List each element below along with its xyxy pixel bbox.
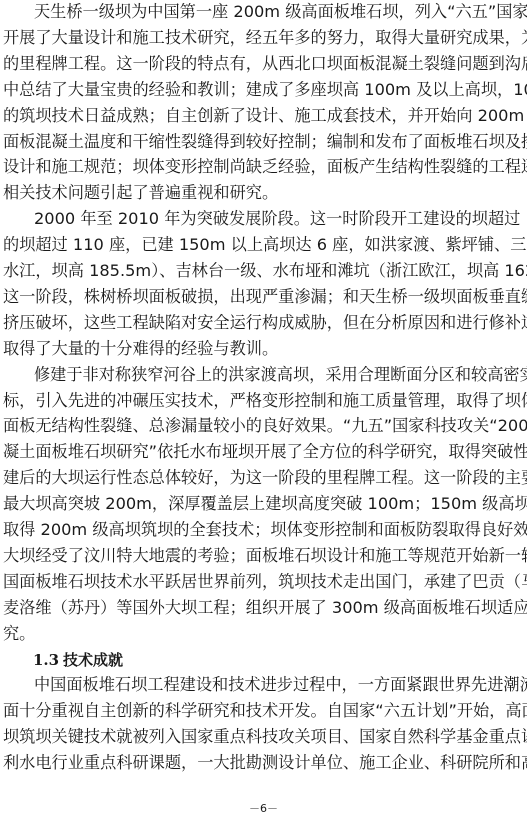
text-line: 取得 200m 级高坝筑坝的全套技术；坝体变形控制和面板防裂取得良好效果；紫坪铺 bbox=[3, 518, 524, 542]
section-number: 1.3 bbox=[33, 648, 63, 672]
text-line: 国面板堆石坝技术水平跃居世界前列，筑坝技术走出国门，承建了巴贡（马来西亚）、 bbox=[3, 570, 524, 594]
section-title: 技术成就 bbox=[63, 651, 123, 669]
text-line: 中国面板堆石坝工程建设和技术进步过程中，一方面紧跟世界先进潮流，另一方 bbox=[34, 673, 524, 697]
text-line: 开展了大量设计和施工技术研究，经五年多的努力，取得大量研究成果，为这一阶段 bbox=[3, 26, 524, 50]
text-line: 这一阶段，株树桥坝面板破损，出现严重渗漏；和天生桥一级坝面板垂直缝多次发生 bbox=[3, 285, 524, 309]
text-line: 设计和施工规范；坝体变形控制尚缺乏经验，面板产生结构性裂缝的工程还比较多， bbox=[3, 155, 524, 179]
text-line: 面板无结构性裂缝、总渗漏量较小的良好效果。“九五”国家科技攻关“200m 级高混 bbox=[3, 414, 524, 438]
text-line: 最大坝高突坡 200m，深厚覆盖层上建坝高度突破 100m；150m 级高坝技术… bbox=[3, 492, 524, 516]
text-line: 相关技术问题引起了普遍重视和研究。 bbox=[3, 181, 524, 205]
text-line: 2000 年至 2010 年为突破发展阶段。这一时阶段开工建设的坝超过 120 … bbox=[34, 207, 524, 231]
text-line: 面十分重视自主创新的科学研究和技术开发。自国家“六五计划”开始，高面板堆石 bbox=[3, 699, 524, 723]
text-line: 挤压破坏，这些工程缺陷对安全运行构成威胁，但在分析原因和进行修补过程中，也 bbox=[3, 311, 524, 335]
text-line: 的筑坝技术日益成熟；自主创新了设计、施工成套技术，并开始向 200m 级高坝发展… bbox=[3, 104, 524, 128]
text-line: 麦洛维（苏丹）等国外大坝工程；组织开展了 300m 级高面板堆石坝适应性和对策研 bbox=[3, 596, 524, 620]
text-line: 标，引入先进的冲碾压实技术，严格变形控制和施工质量管理，取得了坝体变形小、 bbox=[3, 389, 524, 413]
text-line: 坝筑坝关键技术就被列入国家重点科技攻关项目、国家自然科学基金重点课题以及水 bbox=[3, 725, 524, 749]
text-line: 的坝超过 110 座，已建 150m 以上高坝达 6 座，如洪家渡、紫坪铺、三板… bbox=[3, 233, 524, 257]
text-line: 凝土面板堆石坝研究”依托水布垭坝开展了全方位的科学研究，取得突破性研究成果， bbox=[3, 440, 524, 464]
text-line: 究。 bbox=[3, 622, 524, 646]
text-line: 建后的大坝运行性态总体较好，为这一阶段的里程牌工程。这一阶段的主要特点有， bbox=[3, 466, 524, 490]
text-line: 中总结了大量宝贵的经验和教训；建成了多座坝高 100m 及以上高坝，100m 级… bbox=[3, 78, 524, 102]
section-heading: 1.3技术成就 bbox=[33, 648, 123, 672]
text-line: 利水电行业重点科研课题，一大批勘测设计单位、施工企业、科研院所和高等院校联 bbox=[3, 751, 524, 775]
text-line: 的里程牌工程。这一阶段的特点有，从西北口坝面板混凝土裂缝问题到沟后溃坝事件 bbox=[3, 52, 524, 76]
text-line: 面板混凝土温度和干缩性裂缝得到较好控制；编制和发布了面板堆石坝及接缝止水等 bbox=[3, 130, 524, 154]
page-number: －6－ bbox=[0, 802, 527, 816]
text-line: 水江，坝高 185.5m）、吉林台一级、水布垭和滩坑（浙江欧江，坝高 162m）… bbox=[3, 259, 524, 283]
document-page: 天生桥一级坝为中国第一座 200m 级高面板堆石坝，列入“六五”国家科技攻关 开… bbox=[0, 0, 527, 818]
text-line: 修建于非对称狭窄河谷上的洪家渡高坝，采用合理断面分区和较高密实度设计指 bbox=[34, 363, 524, 387]
text-line: 大坝经受了汶川特大地震的考验；面板堆石坝设计和施工等规范开始新一轮修订；中 bbox=[3, 544, 524, 568]
text-line: 天生桥一级坝为中国第一座 200m 级高面板堆石坝，列入“六五”国家科技攻关 bbox=[34, 0, 524, 24]
text-line: 取得了大量的十分难得的经验与教训。 bbox=[3, 337, 524, 361]
